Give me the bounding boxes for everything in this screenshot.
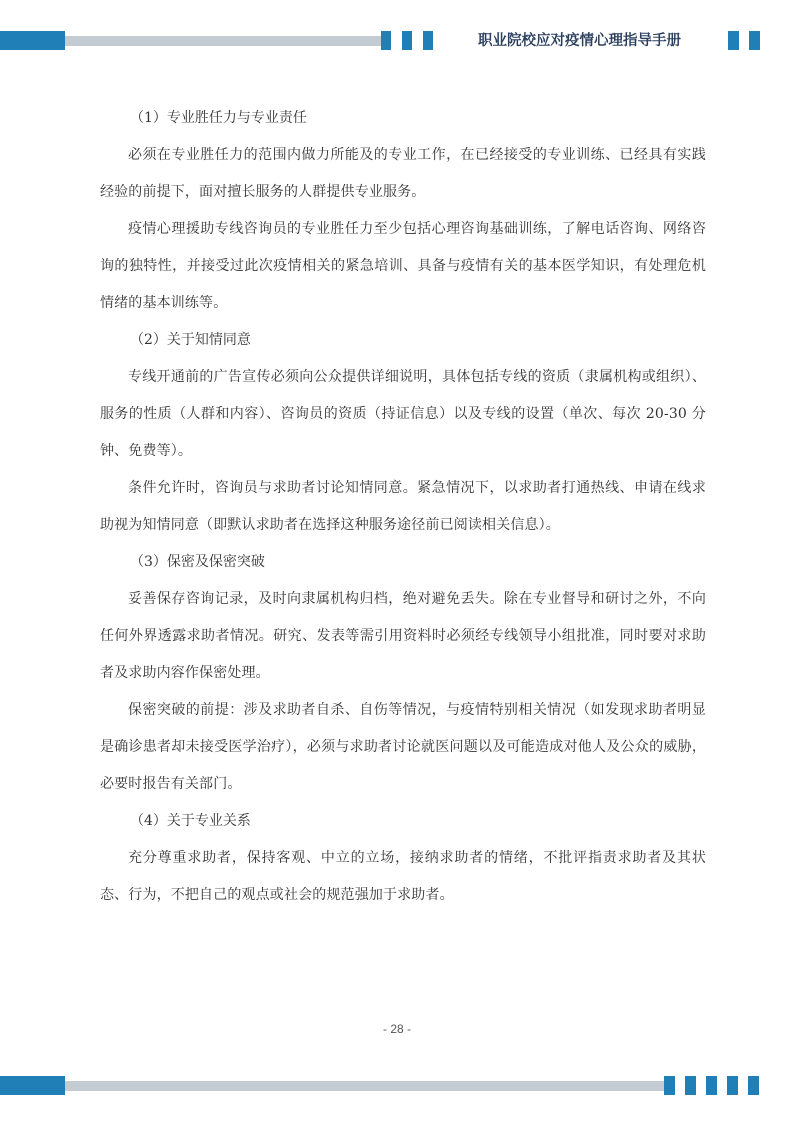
section-2: （2）关于知情同意 专线开通前的广告宣传必须向公众提供详细说明，具体包括专线的资… <box>100 322 706 544</box>
section-1: （1）专业胜任力与专业责任 必须在专业胜任力的范围内做力所能及的专业工作，在已经… <box>100 100 706 322</box>
section-heading: （1）专业胜任力与专业责任 <box>100 100 706 137</box>
footer-square-5 <box>748 1076 759 1095</box>
footer-square-2 <box>685 1076 696 1095</box>
footer-square-1 <box>664 1076 675 1095</box>
header-left-block <box>0 31 65 50</box>
header-right-square-1 <box>728 31 739 50</box>
paragraph: 专线开通前的广告宣传必须向公众提供详细说明，具体包括专线的资质（隶属机构或组织）… <box>100 359 706 470</box>
header-right-square-2 <box>749 31 760 50</box>
header-square-2 <box>402 31 412 50</box>
paragraph: 保密突破的前提：涉及求助者自杀、自伤等情况，与疫情特别相关情况（如发现求助者明显… <box>100 692 706 803</box>
header-title: 职业院校应对疫情心理指导手册 <box>478 30 681 52</box>
header-square-3 <box>423 31 433 50</box>
section-heading: （4）关于专业关系 <box>100 803 706 840</box>
page-number: - 28 - <box>0 1022 794 1036</box>
section-3: （3）保密及保密突破 妥善保存咨询记录，及时向隶属机构归档，绝对避免丢失。除在专… <box>100 544 706 803</box>
footer-left-block <box>0 1076 65 1095</box>
section-heading: （3）保密及保密突破 <box>100 544 706 581</box>
paragraph: 充分尊重求助者，保持客观、中立的立场，接纳求助者的情绪，不批评指责求助者及其状态… <box>100 840 706 914</box>
paragraph: 疫情心理援助专线咨询员的专业胜任力至少包括心理咨询基础训练，了解电话咨询、网络咨… <box>100 211 706 322</box>
section-4: （4）关于专业关系 充分尊重求助者，保持客观、中立的立场，接纳求助者的情绪，不批… <box>100 803 706 914</box>
footer-square-4 <box>727 1076 738 1095</box>
header-gray-bar <box>65 36 381 46</box>
paragraph: 条件允许时，咨询员与求助者讨论知情同意。紧急情况下，以求助者打通热线、申请在线求… <box>100 470 706 544</box>
header-square-1 <box>381 31 391 50</box>
footer-gray-bar <box>65 1081 665 1091</box>
section-heading: （2）关于知情同意 <box>100 322 706 359</box>
footer-square-3 <box>706 1076 717 1095</box>
paragraph: 必须在专业胜任力的范围内做力所能及的专业工作，在已经接受的专业训练、已经具有实践… <box>100 137 706 211</box>
paragraph: 妥善保存咨询记录，及时向隶属机构归档，绝对避免丢失。除在专业督导和研讨之外，不向… <box>100 581 706 692</box>
document-body: （1）专业胜任力与专业责任 必须在专业胜任力的范围内做力所能及的专业工作，在已经… <box>100 100 706 914</box>
